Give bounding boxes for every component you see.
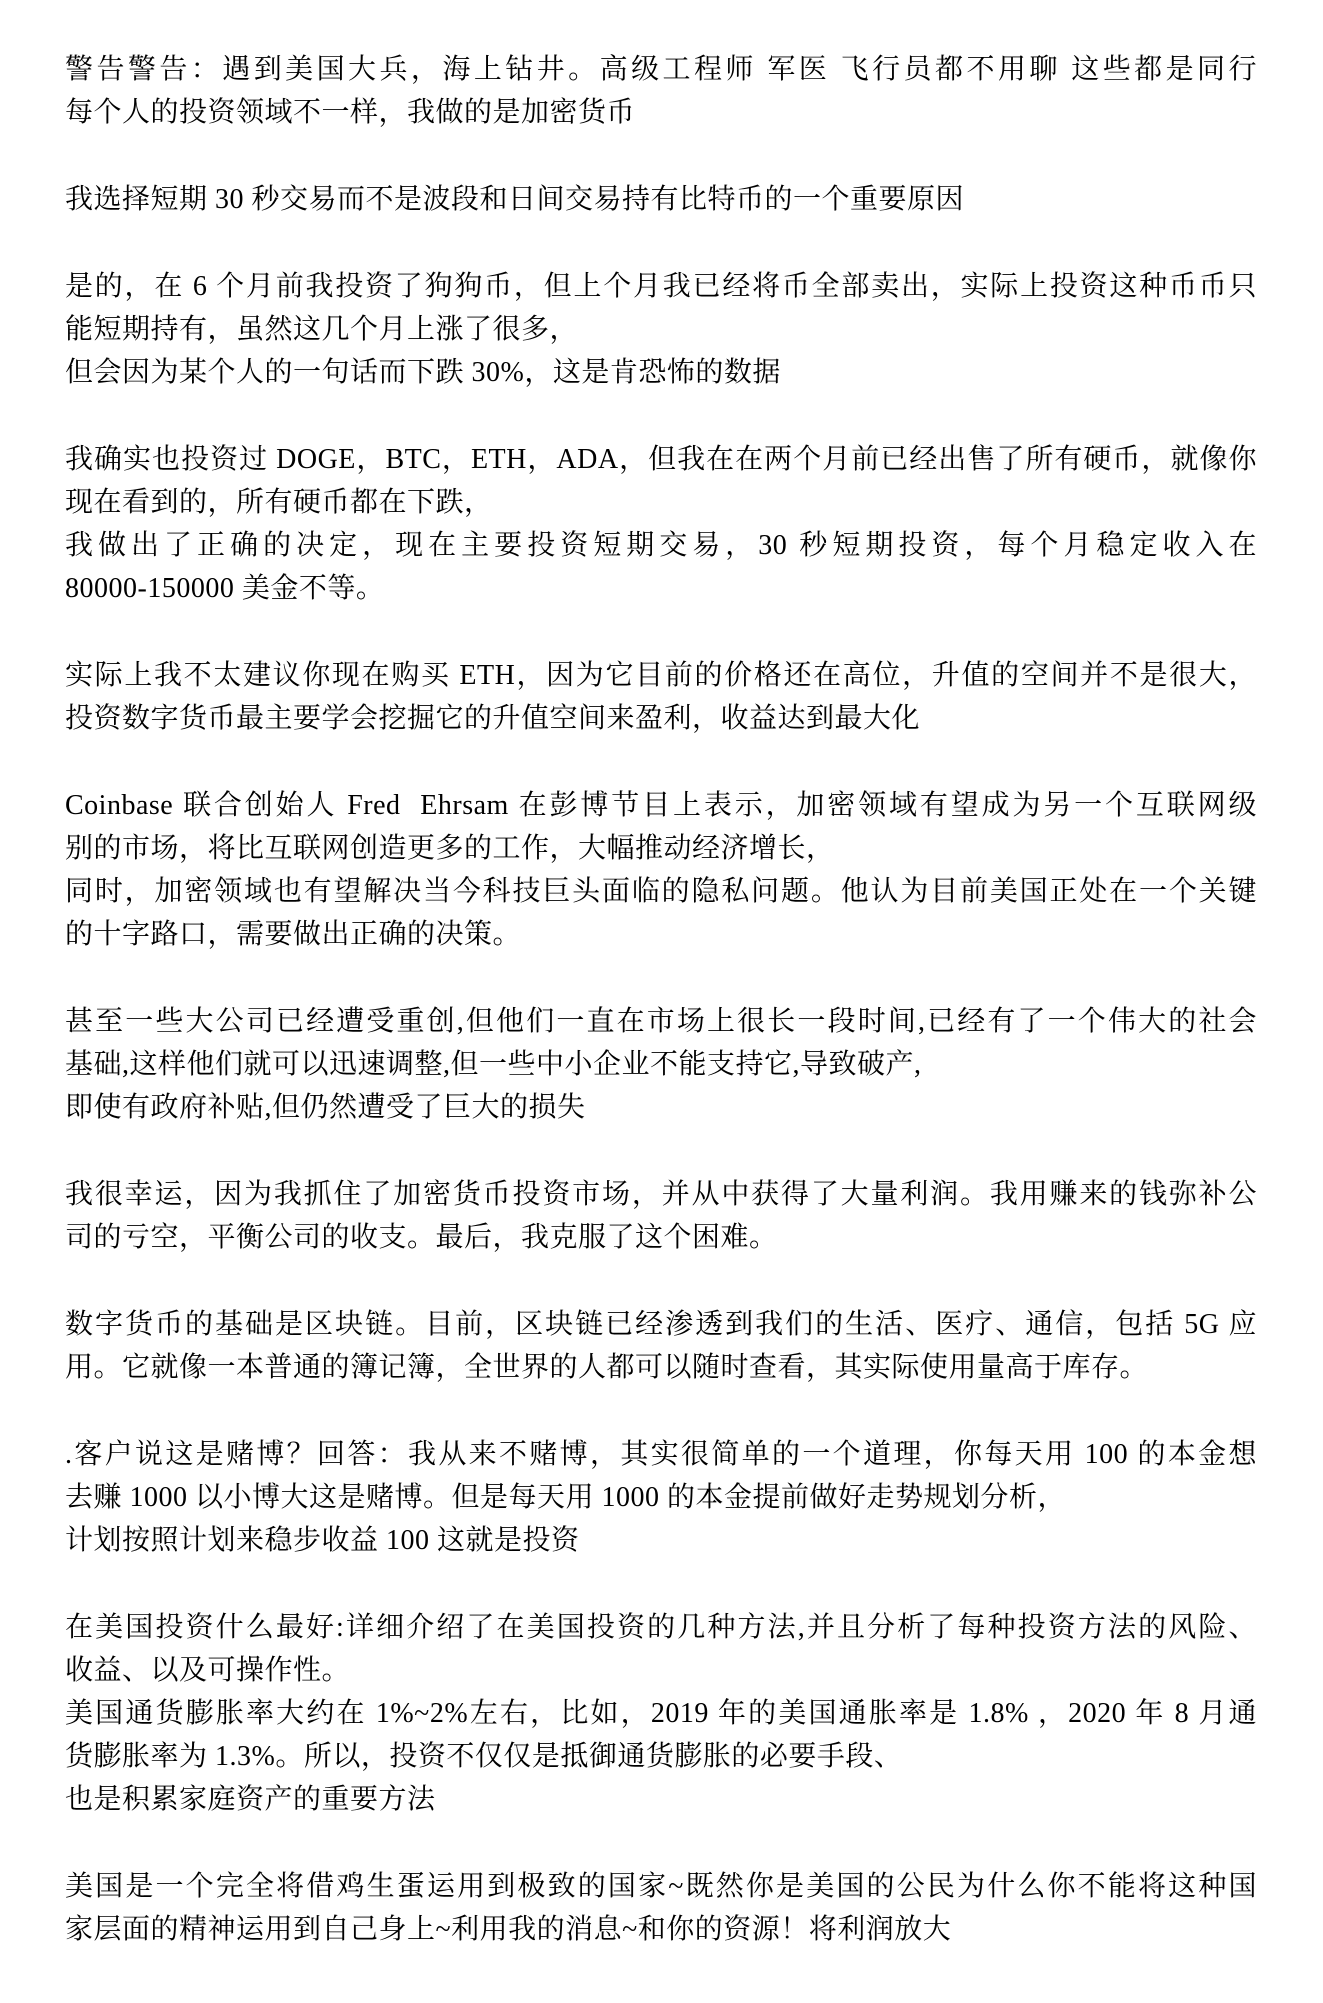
text-line: 每个人的投资领域不一样，我做的是加密货币	[65, 91, 1257, 134]
text-line: 去赚 1000 以小博大这是赌博。但是每天用 1000 的本金提前做好走势规划分…	[65, 1476, 1257, 1519]
text-line: 现在看到的，所有硬币都在下跌，	[65, 481, 1257, 524]
text-line: 实际上我不太建议你现在购买 ETH，因为它目前的价格还在高位，升值的空间并不是很…	[65, 654, 1257, 697]
text-line: 司的亏空，平衡公司的收支。最后，我克服了这个困难。	[65, 1216, 1257, 1259]
paragraph: 我很幸运，因为我抓住了加密货币投资市场，并从中获得了大量利润。我用赚来的钱弥补公…	[65, 1173, 1257, 1259]
text-line: 也是积累家庭资产的重要方法	[65, 1778, 1257, 1821]
text-line: .客户说这是赌博？回答：我从来不赌博，其实很简单的一个道理，你每天用 100 的…	[65, 1433, 1257, 1476]
paragraph: 在美国投资什么最好:详细介绍了在美国投资的几种方法,并且分析了每种投资方法的风险…	[65, 1606, 1257, 1821]
document-text-content: 警告警告：遇到美国大兵，海上钻井。高级工程师 军医 飞行员都不用聊 这些都是同行…	[65, 48, 1257, 1951]
text-line: 是的，在 6 个月前我投资了狗狗币，但上个月我已经将币全部卖出，实际上投资这种币…	[65, 265, 1257, 308]
text-line: 警告警告：遇到美国大兵，海上钻井。高级工程师 军医 飞行员都不用聊 这些都是同行	[65, 48, 1257, 91]
text-line: 在美国投资什么最好:详细介绍了在美国投资的几种方法,并且分析了每种投资方法的风险…	[65, 1606, 1257, 1649]
text-line: 基础,这样他们就可以迅速调整,但一些中小企业不能支持它,导致破产,	[65, 1043, 1257, 1086]
text-line: 别的市场，将比互联网创造更多的工作，大幅推动经济增长，	[65, 827, 1257, 870]
text-line: 我确实也投资过 DOGE，BTC，ETH，ADA，但我在在两个月前已经出售了所有…	[65, 438, 1257, 481]
text-line: Coinbase 联合创始人 Fred Ehrsam 在彭博节目上表示，加密领域…	[65, 784, 1257, 827]
paragraph: 是的，在 6 个月前我投资了狗狗币，但上个月我已经将币全部卖出，实际上投资这种币…	[65, 265, 1257, 394]
text-line: 但会因为某个人的一句话而下跌 30%，这是肯恐怖的数据	[65, 351, 1257, 394]
paragraph: 我确实也投资过 DOGE，BTC，ETH，ADA，但我在在两个月前已经出售了所有…	[65, 438, 1257, 610]
paragraph: 警告警告：遇到美国大兵，海上钻井。高级工程师 军医 飞行员都不用聊 这些都是同行…	[65, 48, 1257, 134]
text-line: 美国通货膨胀率大约在 1%~2%左右，比如，2019 年的美国通胀率是 1.8%…	[65, 1692, 1257, 1735]
paragraph: 实际上我不太建议你现在购买 ETH，因为它目前的价格还在高位，升值的空间并不是很…	[65, 654, 1257, 740]
text-line: 能短期持有，虽然这几个月上涨了很多，	[65, 308, 1257, 351]
paragraph: .客户说这是赌博？回答：我从来不赌博，其实很简单的一个道理，你每天用 100 的…	[65, 1433, 1257, 1562]
text-line: 80000-150000 美金不等。	[65, 567, 1257, 610]
text-line: 投资数字货币最主要学会挖掘它的升值空间来盈利，收益达到最大化	[65, 697, 1257, 740]
text-line: 甚至一些大公司已经遭受重创,但他们一直在市场上很长一段时间,已经有了一个伟大的社…	[65, 1000, 1257, 1043]
text-line: 货膨胀率为 1.3%。所以，投资不仅仅是抵御通货膨胀的必要手段、	[65, 1735, 1257, 1778]
paragraph: 美国是一个完全将借鸡生蛋运用到极致的国家~既然你是美国的公民为什么你不能将这种国…	[65, 1865, 1257, 1951]
text-line: 用。它就像一本普通的簿记簿，全世界的人都可以随时查看，其实际使用量高于库存。	[65, 1346, 1257, 1389]
paragraph: 甚至一些大公司已经遭受重创,但他们一直在市场上很长一段时间,已经有了一个伟大的社…	[65, 1000, 1257, 1129]
text-line: 数字货币的基础是区块链。目前，区块链已经渗透到我们的生活、医疗、通信，包括 5G…	[65, 1303, 1257, 1346]
text-line: 美国是一个完全将借鸡生蛋运用到极致的国家~既然你是美国的公民为什么你不能将这种国	[65, 1865, 1257, 1908]
text-line: 即使有政府补贴,但仍然遭受了巨大的损失	[65, 1086, 1257, 1129]
text-line: 计划按照计划来稳步收益 100 这就是投资	[65, 1519, 1257, 1562]
text-line: 同时，加密领域也有望解决当今科技巨头面临的隐私问题。他认为目前美国正处在一个关键	[65, 870, 1257, 913]
document-page: 警告警告：遇到美国大兵，海上钻井。高级工程师 军医 飞行员都不用聊 这些都是同行…	[0, 0, 1323, 2003]
text-line: 的十字路口，需要做出正确的决策。	[65, 913, 1257, 956]
paragraph: Coinbase 联合创始人 Fred Ehrsam 在彭博节目上表示，加密领域…	[65, 784, 1257, 956]
text-line: 我选择短期 30 秒交易而不是波段和日间交易持有比特币的一个重要原因	[65, 178, 1257, 221]
paragraph: 数字货币的基础是区块链。目前，区块链已经渗透到我们的生活、医疗、通信，包括 5G…	[65, 1303, 1257, 1389]
paragraph: 我选择短期 30 秒交易而不是波段和日间交易持有比特币的一个重要原因	[65, 178, 1257, 221]
text-line: 家层面的精神运用到自己身上~利用我的消息~和你的资源！将利润放大	[65, 1908, 1257, 1951]
text-line: 我做出了正确的决定，现在主要投资短期交易，30 秒短期投资，每个月稳定收入在	[65, 524, 1257, 567]
text-line: 收益、以及可操作性。	[65, 1649, 1257, 1692]
text-line: 我很幸运，因为我抓住了加密货币投资市场，并从中获得了大量利润。我用赚来的钱弥补公	[65, 1173, 1257, 1216]
